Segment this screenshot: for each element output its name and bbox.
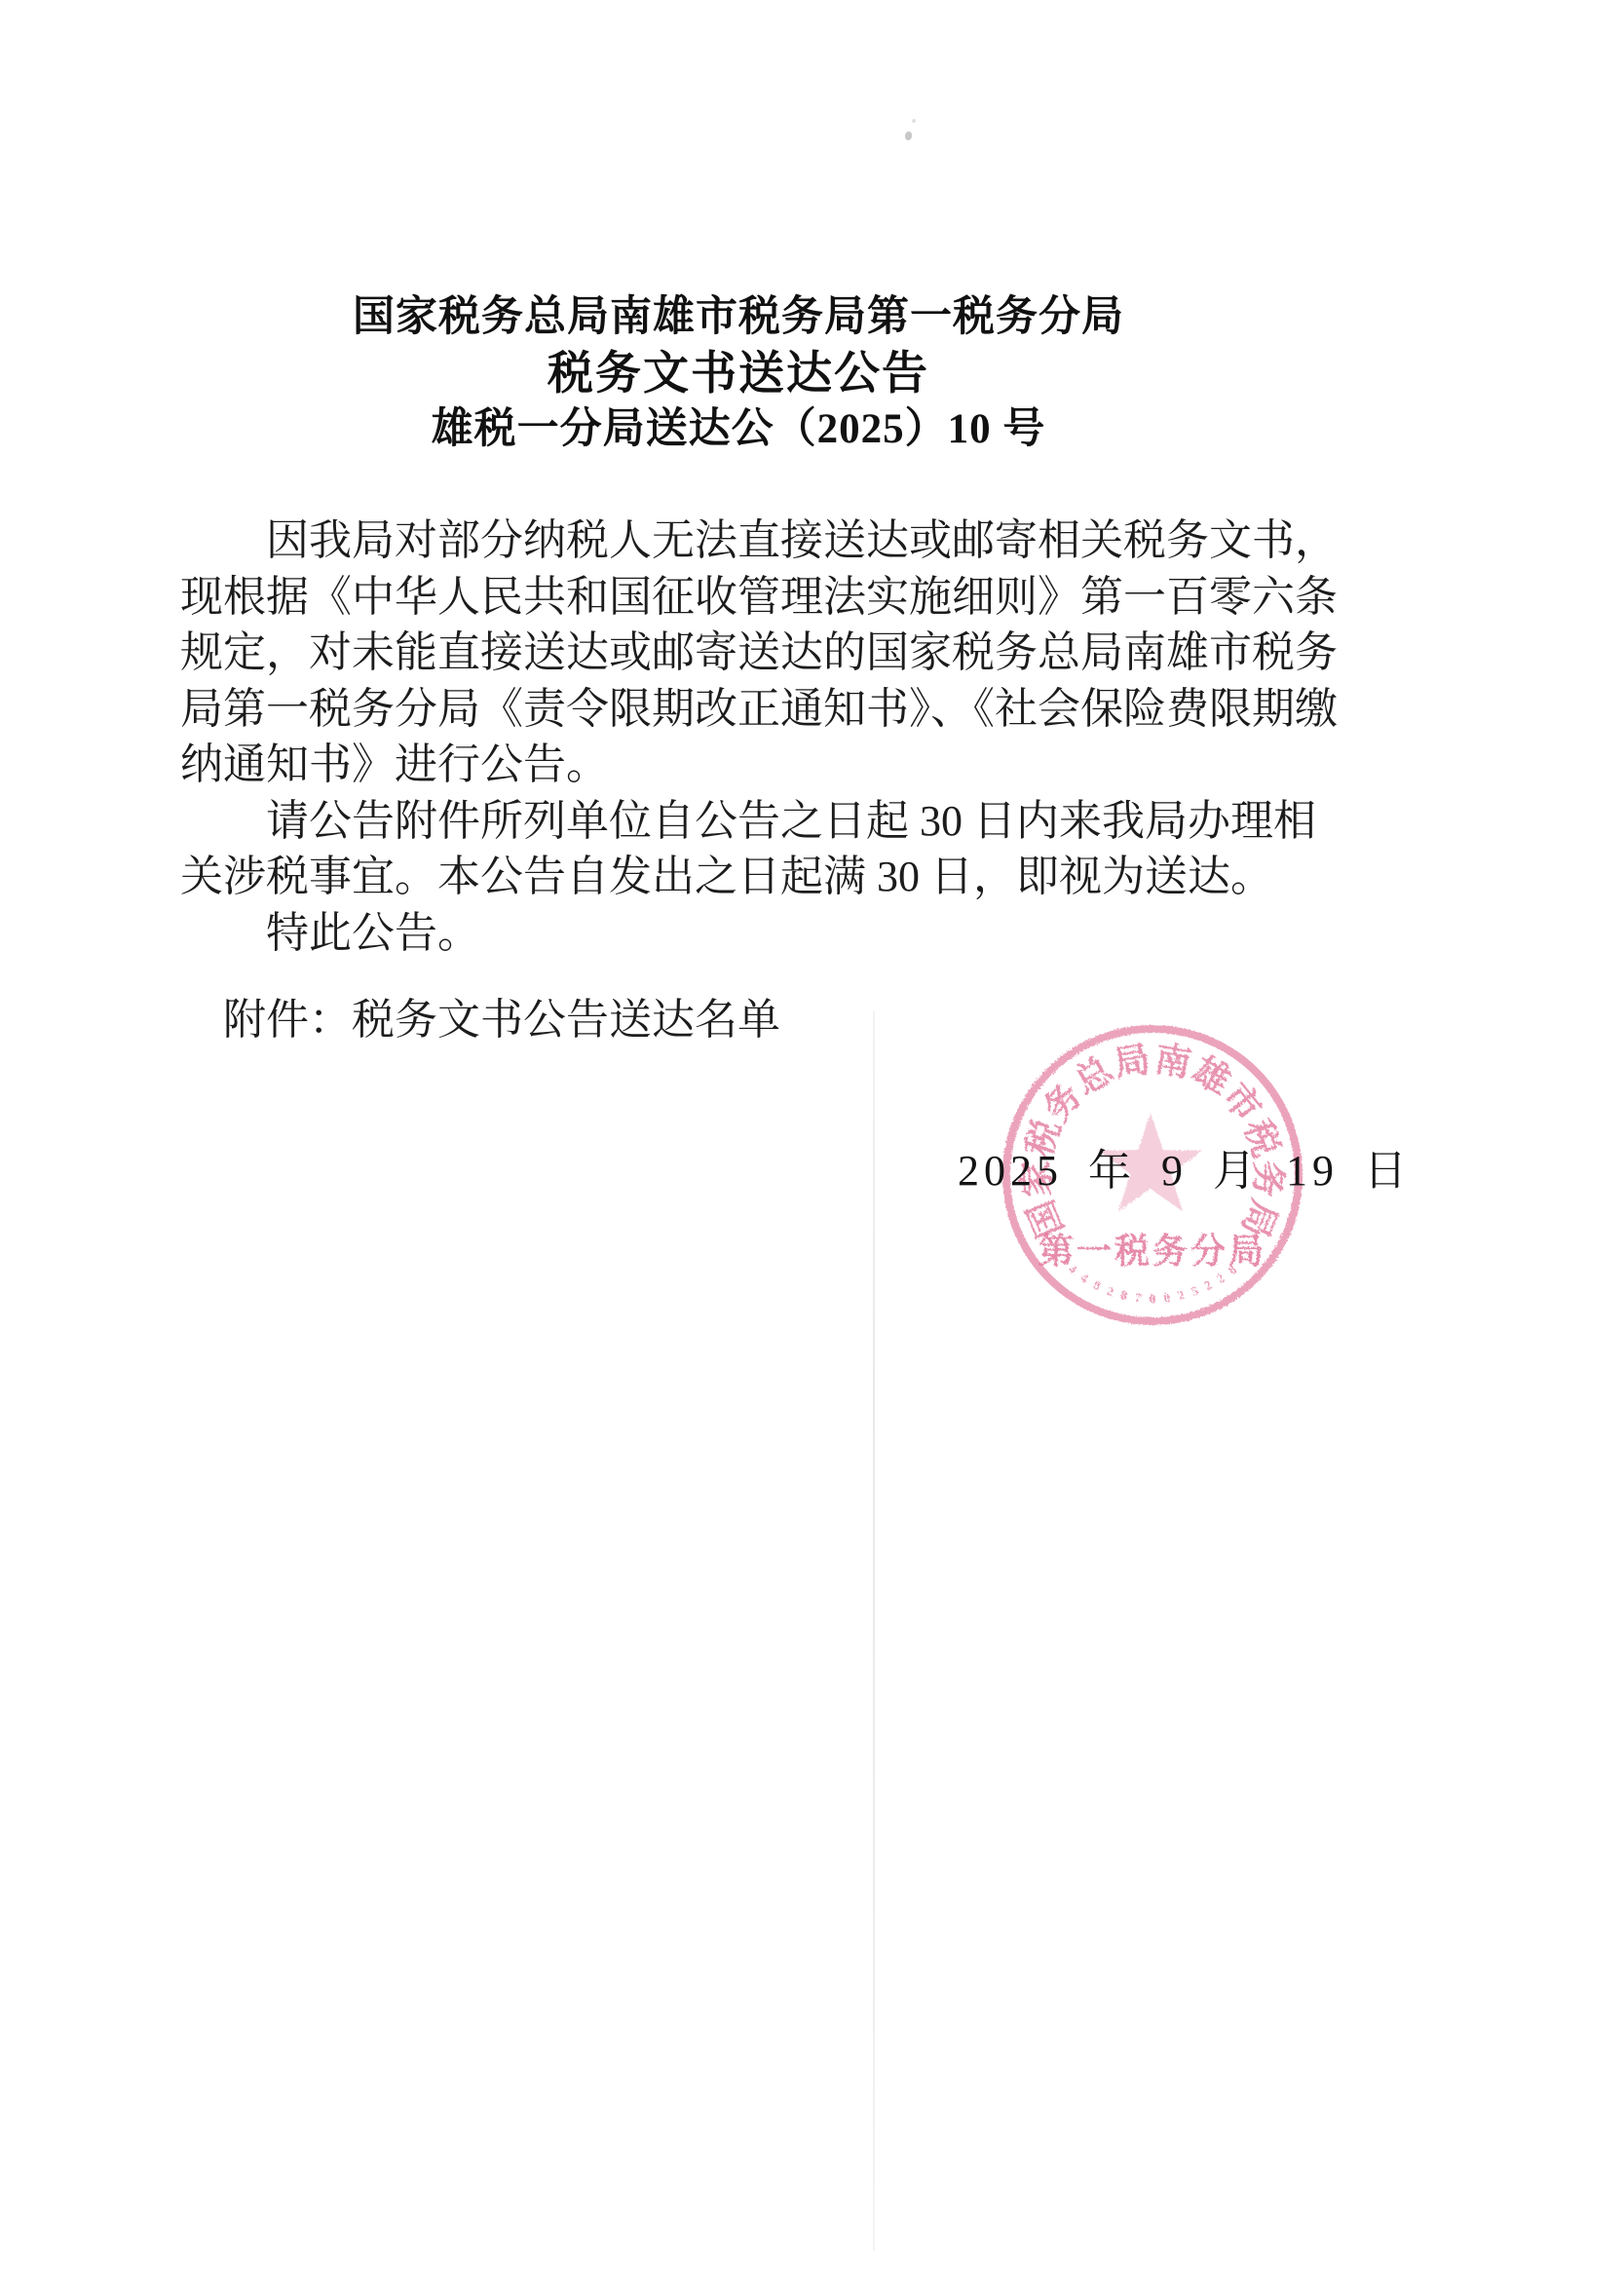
body-line: 局第一税务分局《责令限期改正通知书》、《社会保险费限期缴 bbox=[180, 681, 1303, 738]
announcement-body: 因我局对部分纳税人无法直接送达或邮寄相关税务文书， 现根据《中华人民共和国征收管… bbox=[180, 513, 1303, 961]
body-line: 关涉税事宜。本公告自发出之日起满 30 日，即视为送达。 bbox=[180, 849, 1303, 905]
scan-artifact-speck bbox=[905, 132, 912, 140]
issue-date: 2025 年 9 月 19 日 bbox=[958, 1143, 1412, 1199]
issuer-name: 国家税务总局南雄市税务局第一税务分局 bbox=[180, 288, 1297, 347]
body-line: 纳通知书》进行公告。 bbox=[180, 737, 1303, 793]
scan-artifact-speck-small bbox=[912, 119, 916, 123]
body-line: 规定，对未能直接送达或邮寄送达的国家税务总局南雄市税务 bbox=[180, 625, 1303, 681]
body-line: 现根据《中华人民共和国征收管理法实施细则》第一百零六条 bbox=[180, 569, 1303, 626]
seal-branch-text: 第一税务分局 bbox=[1039, 1232, 1266, 1271]
document-number: 雄税一分局送达公（2025）10 号 bbox=[180, 402, 1297, 456]
body-line: 请公告附件所列单位自公告之日起 30 日内来我局办理相 bbox=[180, 793, 1303, 850]
body-line: 因我局对部分纳税人无法直接送达或邮寄相关税务文书， bbox=[180, 513, 1303, 569]
document-page: 国家税务总局南雄市税务局第一税务分局 税务文书送达公告 雄税一分局送达公（202… bbox=[0, 0, 1624, 2281]
scan-artifact-line bbox=[873, 1011, 875, 2251]
document-title: 税务文书送达公告 bbox=[180, 347, 1297, 402]
body-line: 特此公告。 bbox=[180, 905, 1303, 962]
document-header: 国家税务总局南雄市税务局第一税务分局 税务文书送达公告 雄税一分局送达公（202… bbox=[180, 288, 1297, 456]
